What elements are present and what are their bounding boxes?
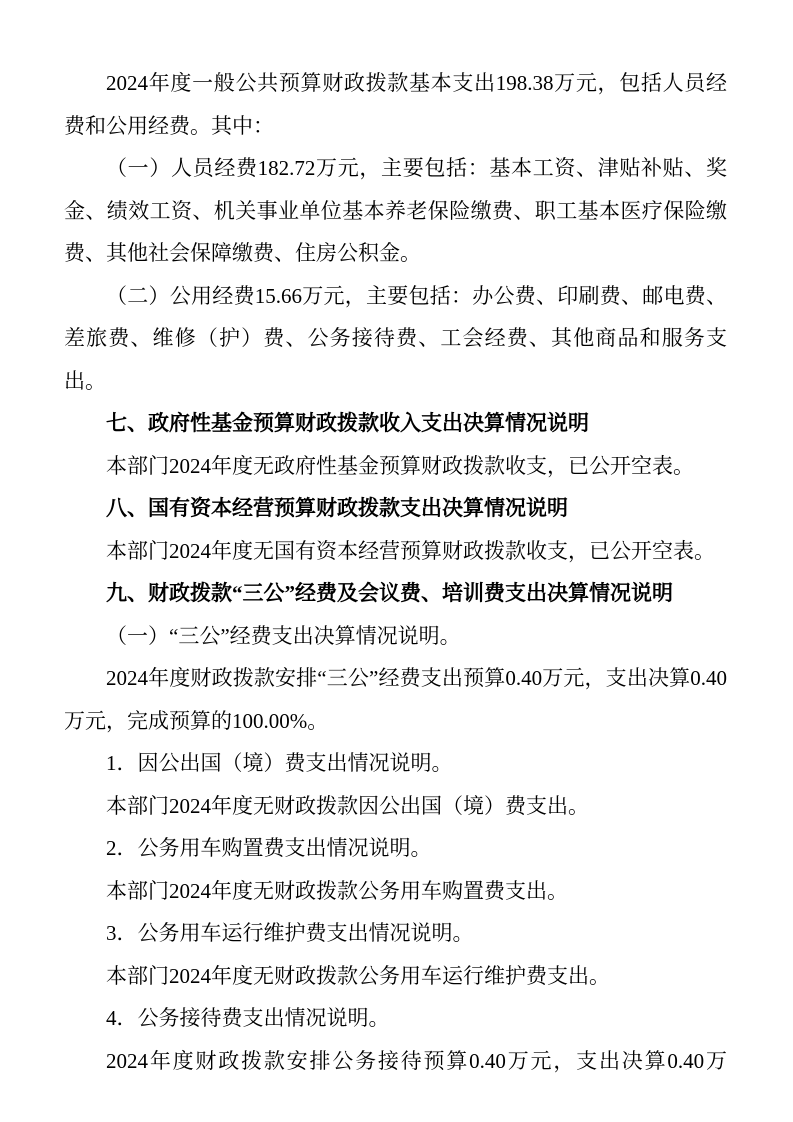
body-paragraph: 1．因公出国（境）费支出情况说明。 [64,742,727,785]
body-paragraph: 本部门2024年度无国有资本经营预算财政拨款收支，已公开空表。 [64,530,727,573]
body-paragraph: 本部门2024年度无政府性基金预算财政拨款收支，已公开空表。 [64,445,727,488]
section-heading: 八、国有资本经营预算财政拨款支出决算情况说明 [64,487,727,530]
body-paragraph: （一）“三公”经费支出决算情况说明。 [64,615,727,658]
body-paragraph: 4．公务接待费支出情况说明。 [64,997,727,1040]
body-paragraph: 3．公务用车运行维护费支出情况说明。 [64,912,727,955]
section-heading: 七、政府性基金预算财政拨款收入支出决算情况说明 [64,402,727,445]
section-heading: 九、财政拨款“三公”经费及会议费、培训费支出决算情况说明 [64,572,727,615]
document-body: 2024年度一般公共预算财政拨款基本支出198.38万元，包括人员经费和公用经费… [64,62,727,1082]
body-paragraph: 本部门2024年度无财政拨款公务用车运行维护费支出。 [64,955,727,998]
body-paragraph: （二）公用经费15.66万元，主要包括：办公费、印刷费、邮电费、差旅费、维修（护… [64,275,727,403]
document-page: 2024年度一般公共预算财政拨款基本支出198.38万元，包括人员经费和公用经费… [0,0,793,1122]
body-paragraph: 本部门2024年度无财政拨款因公出国（境）费支出。 [64,785,727,828]
body-paragraph: 2．公务用车购置费支出情况说明。 [64,827,727,870]
body-paragraph: 本部门2024年度无财政拨款公务用车购置费支出。 [64,870,727,913]
body-paragraph: 2024年度一般公共预算财政拨款基本支出198.38万元，包括人员经费和公用经费… [64,62,727,147]
body-paragraph: 2024年度财政拨款安排公务接待预算0.40万元，支出决算0.40万 [64,1040,727,1083]
body-paragraph: 2024年度财政拨款安排“三公”经费支出预算0.40万元，支出决算0.40万元，… [64,657,727,742]
body-paragraph: （一）人员经费182.72万元，主要包括：基本工资、津贴补贴、奖金、绩效工资、机… [64,147,727,275]
